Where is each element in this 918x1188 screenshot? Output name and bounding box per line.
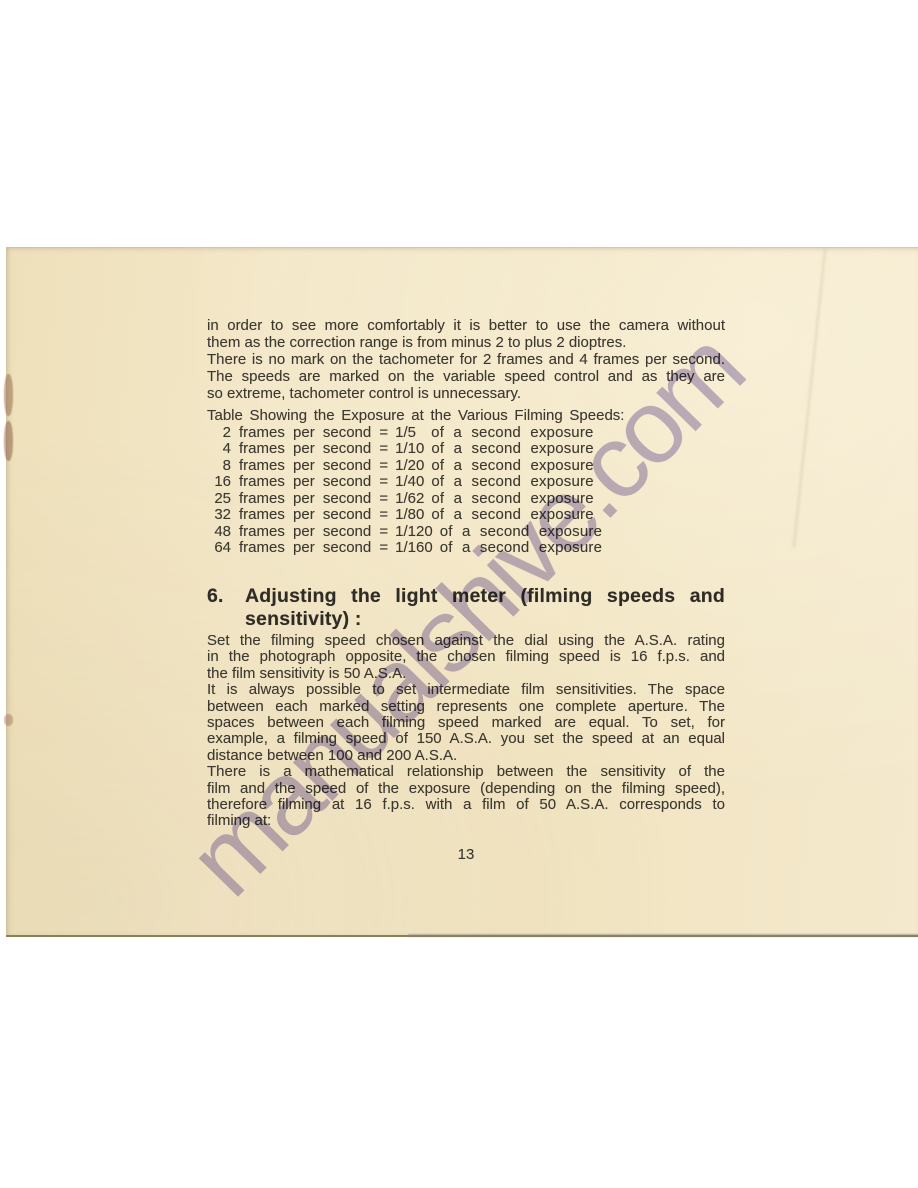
fraction-value: 1/80 bbox=[395, 507, 424, 523]
paragraph-line: therefore filming at 16 f.p.s. with a fi… bbox=[207, 797, 725, 813]
fraction-value: 1/160 bbox=[395, 540, 433, 556]
row-label: of a second exposure bbox=[440, 524, 602, 540]
paragraph-line: There is a mathematical relationship bet… bbox=[207, 764, 725, 780]
section-heading: 6. Adjusting the light meter (filming sp… bbox=[207, 585, 725, 631]
exposure-table-title: Table Showing the Exposure at the Variou… bbox=[207, 407, 725, 424]
paragraph-line: example, a filming speed of 150 A.S.A. y… bbox=[207, 731, 725, 747]
page-edge-speck bbox=[4, 421, 13, 461]
paragraph-line: filming at: bbox=[207, 813, 725, 829]
row-label: of a second exposure bbox=[431, 425, 593, 441]
exposure-table-row: 25 frames per second = 1/62 of a second … bbox=[207, 491, 725, 507]
section-title-line: Adjusting the light meter (filming speed… bbox=[245, 585, 725, 608]
paragraph-line: the film sensitivity is 50 A.S.A. bbox=[207, 666, 725, 682]
body-paragraph: Set the filming speed chosen against the… bbox=[207, 633, 725, 830]
row-label: frames per second = bbox=[239, 458, 388, 474]
row-label: frames per second = bbox=[239, 540, 388, 556]
paragraph-line: film and the speed of the exposure (depe… bbox=[207, 781, 725, 797]
fraction-value: 1/20 bbox=[395, 458, 424, 474]
fps-value: 4 bbox=[207, 441, 231, 457]
row-label: of a second exposure bbox=[431, 474, 593, 490]
paragraph-line: It is always possible to set intermediat… bbox=[207, 682, 725, 698]
row-label: of a second exposure bbox=[431, 507, 593, 523]
paragraph-line: between each marked setting represents o… bbox=[207, 699, 725, 715]
fps-value: 25 bbox=[207, 491, 231, 507]
exposure-table-row: 8 frames per second = 1/20 of a second e… bbox=[207, 458, 725, 474]
section-number: 6. bbox=[207, 585, 224, 608]
fps-value: 16 bbox=[207, 474, 231, 490]
paragraph-line: distance between 100 and 200 A.S.A. bbox=[207, 748, 725, 764]
section-title-line: sensitivity) : bbox=[245, 608, 725, 631]
row-label: of a second exposure bbox=[431, 491, 593, 507]
paragraph-line: Set the filming speed chosen against the… bbox=[207, 633, 725, 649]
row-label: frames per second = bbox=[239, 474, 388, 490]
exposure-table-row: 4 frames per second = 1/10 of a second e… bbox=[207, 441, 725, 457]
exposure-table-row: 2 frames per second = 1/5 of a second ex… bbox=[207, 425, 725, 441]
fps-value: 8 bbox=[207, 458, 231, 474]
exposure-table-row: 64 frames per second = 1/160 of a second… bbox=[207, 540, 725, 556]
fps-value: 32 bbox=[207, 507, 231, 523]
row-label: of a second exposure bbox=[431, 441, 593, 457]
paragraph-line: so extreme, tachometer control is unnece… bbox=[207, 385, 725, 402]
paragraph-line: spaces between each filming speed marked… bbox=[207, 715, 725, 731]
row-label: frames per second = bbox=[239, 507, 388, 523]
page-bottom-shadow bbox=[408, 934, 918, 937]
page-edge-speck bbox=[4, 374, 13, 416]
page-number: 13 bbox=[207, 846, 725, 863]
page-edge-speck bbox=[4, 714, 13, 726]
row-label: frames per second = bbox=[239, 425, 388, 441]
row-label: frames per second = bbox=[239, 441, 388, 457]
exposure-table-row: 32 frames per second = 1/80 of a second … bbox=[207, 507, 725, 523]
exposure-table-row: 16 frames per second = 1/40 of a second … bbox=[207, 474, 725, 490]
manual-page-scan: in order to see more comfortably it is b… bbox=[6, 247, 918, 937]
fps-value: 2 bbox=[207, 425, 231, 441]
page-crease bbox=[792, 249, 826, 548]
row-label: of a second exposure bbox=[440, 540, 602, 556]
fraction-value: 1/62 bbox=[395, 491, 424, 507]
fraction-value: 1/120 bbox=[395, 524, 433, 540]
intro-paragraph: in order to see more comfortably it is b… bbox=[207, 317, 725, 402]
row-label: of a second exposure bbox=[431, 458, 593, 474]
fraction-value: 1/5 bbox=[395, 425, 424, 441]
fraction-value: 1/10 bbox=[395, 441, 424, 457]
paragraph-line: them as the correction range is from min… bbox=[207, 334, 725, 351]
fps-value: 64 bbox=[207, 540, 231, 556]
row-label: frames per second = bbox=[239, 491, 388, 507]
exposure-table: 2 frames per second = 1/5 of a second ex… bbox=[207, 425, 725, 557]
exposure-table-row: 48 frames per second = 1/120 of a second… bbox=[207, 524, 725, 540]
fps-value: 48 bbox=[207, 524, 231, 540]
fraction-value: 1/40 bbox=[395, 474, 424, 490]
paragraph-line: The speeds are marked on the variable sp… bbox=[207, 368, 725, 385]
row-label: frames per second = bbox=[239, 524, 388, 540]
paragraph-line: in order to see more comfortably it is b… bbox=[207, 317, 725, 334]
paragraph-line: in the photograph opposite, the chosen f… bbox=[207, 649, 725, 665]
paragraph-line: There is no mark on the tachometer for 2… bbox=[207, 351, 725, 368]
